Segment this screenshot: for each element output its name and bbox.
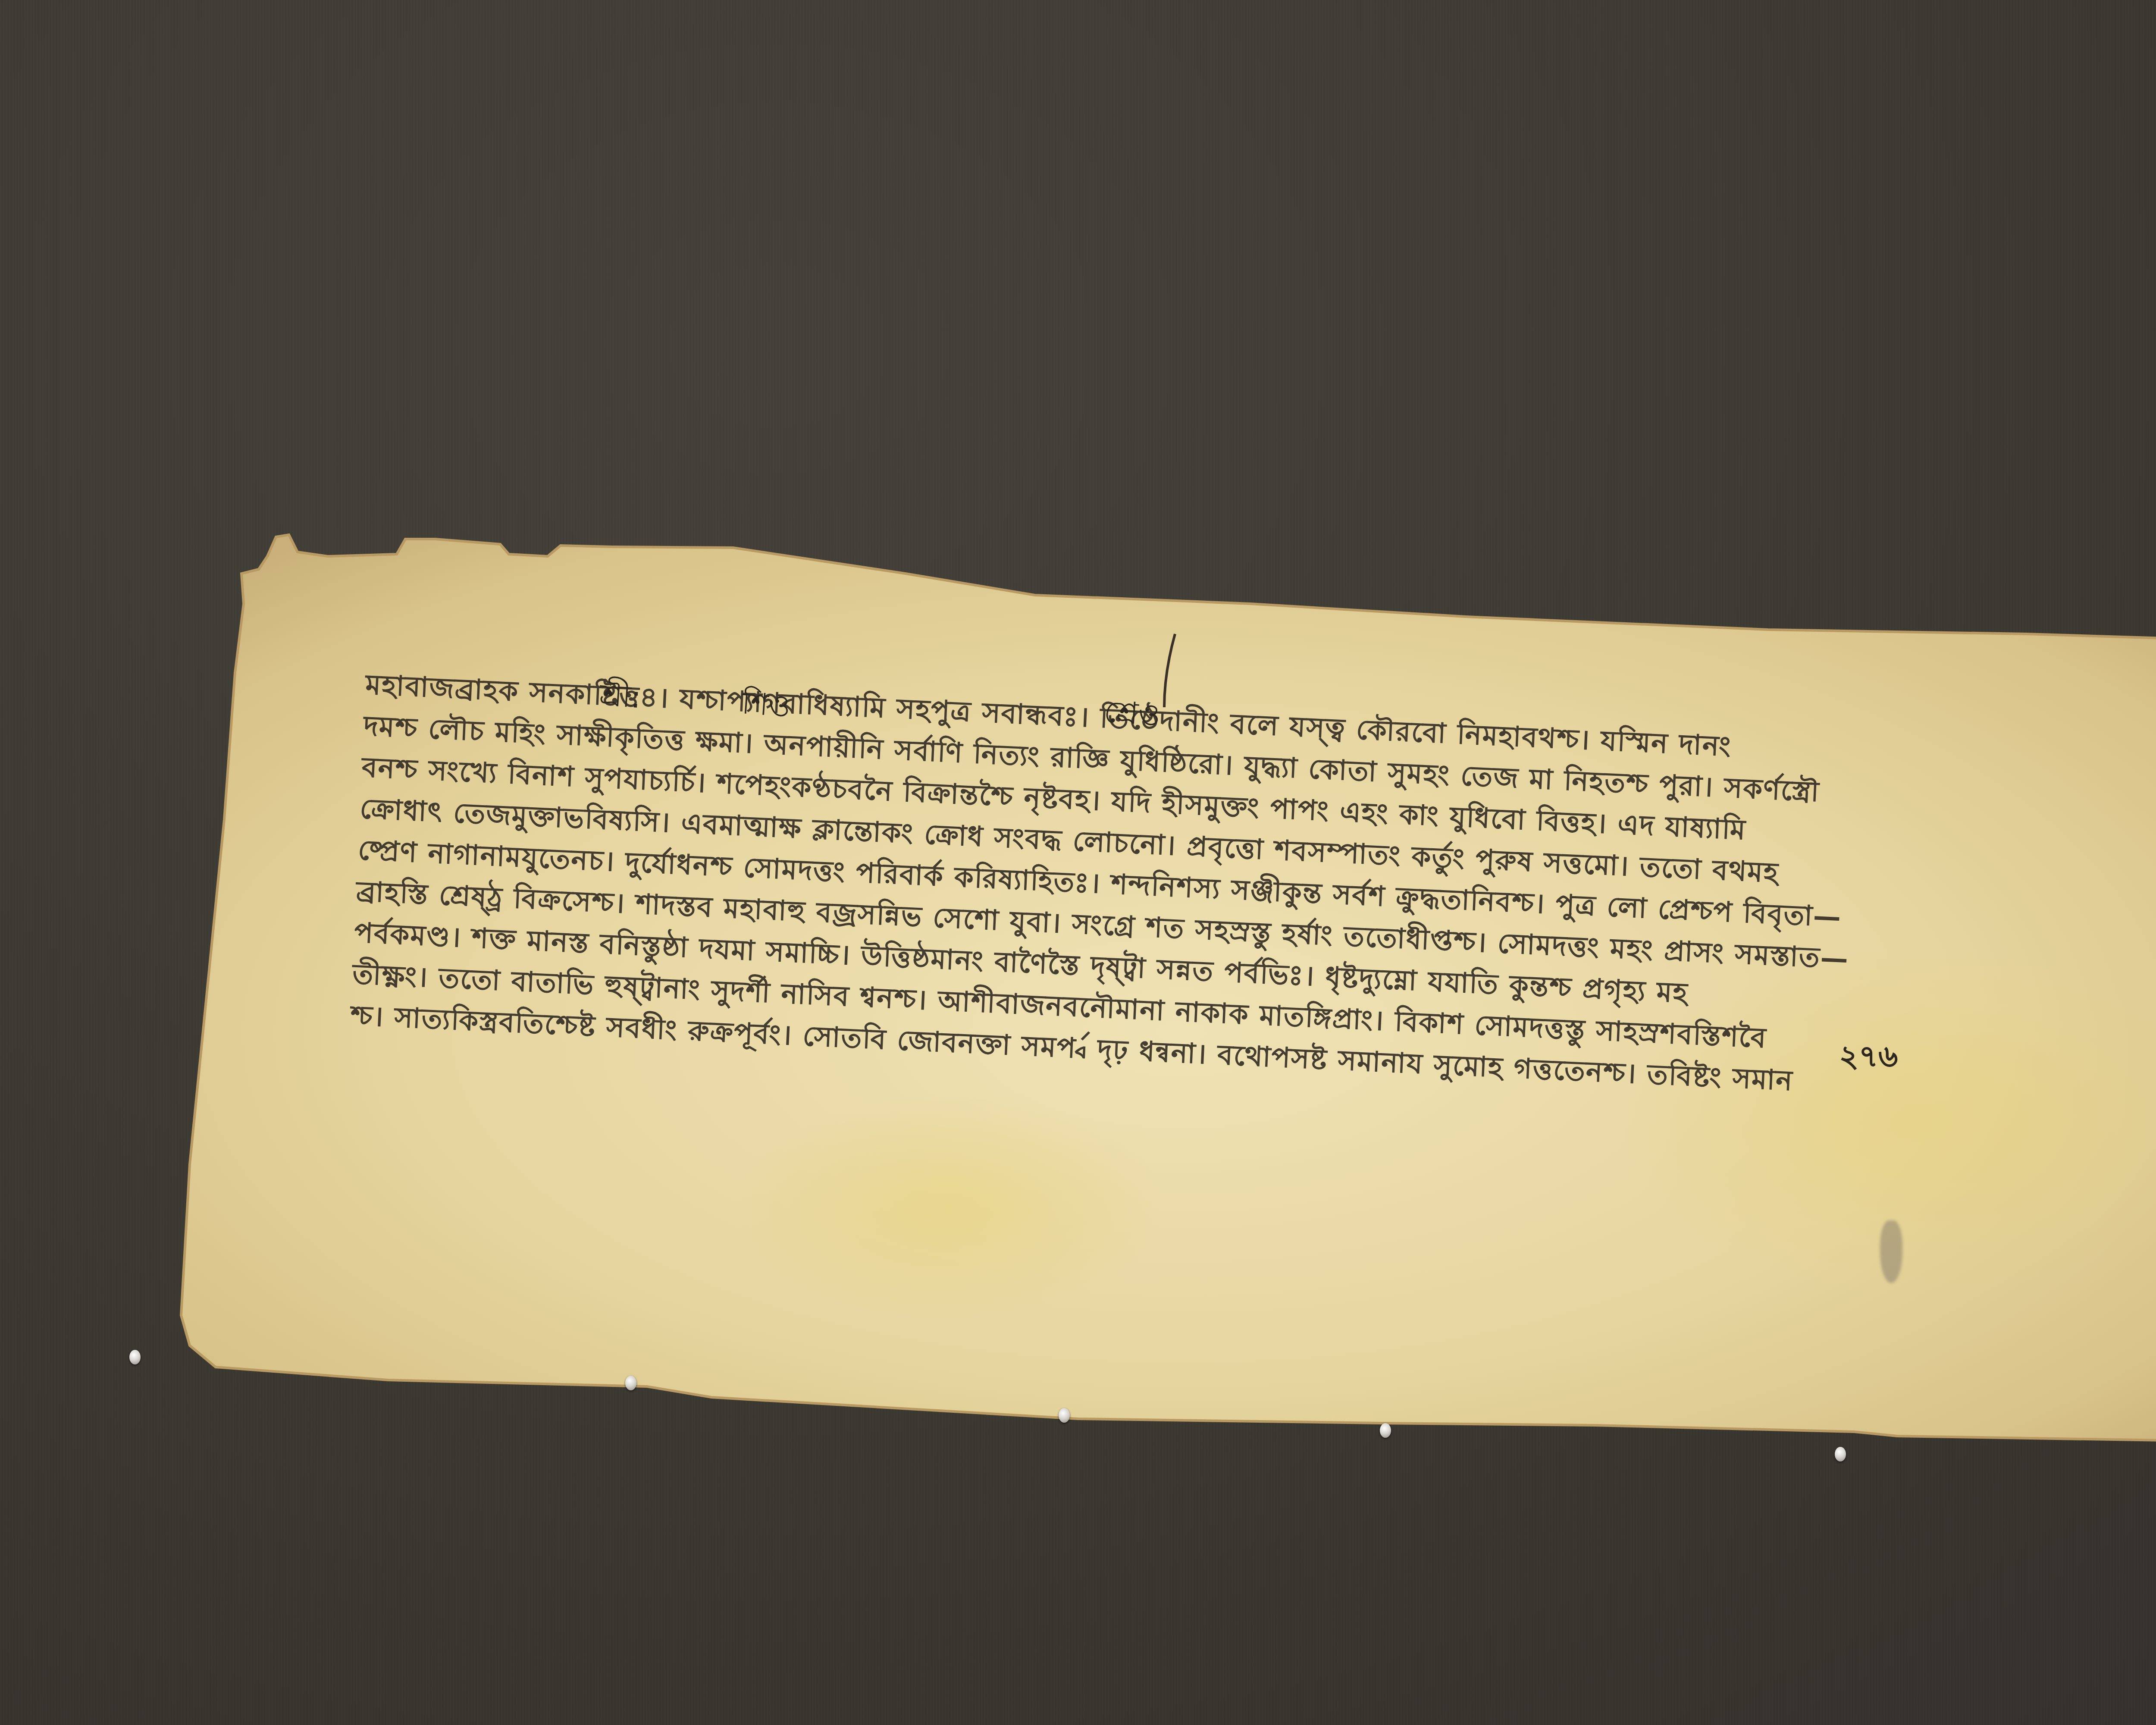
water-stain [1880, 1220, 1902, 1283]
manuscript-leaf: শ্রী: শিও শ্রেও মহাবাজব্রাহক সনকাষ্টিত্ত… [0, 0, 2156, 1725]
mounting-pin [1835, 1447, 1846, 1462]
mounting-pin [129, 1350, 141, 1364]
mounting-pin [1059, 1408, 1070, 1423]
mounting-pin [1380, 1423, 1391, 1438]
mounting-pin [625, 1376, 636, 1390]
folio-number: ২৭৬ [1839, 1033, 1898, 1083]
manuscript-text: মহাবাজব্রাহক সনকাষ্টিত্ত৪। যশ্চাপ্যাগবাধ… [350, 664, 2046, 1113]
